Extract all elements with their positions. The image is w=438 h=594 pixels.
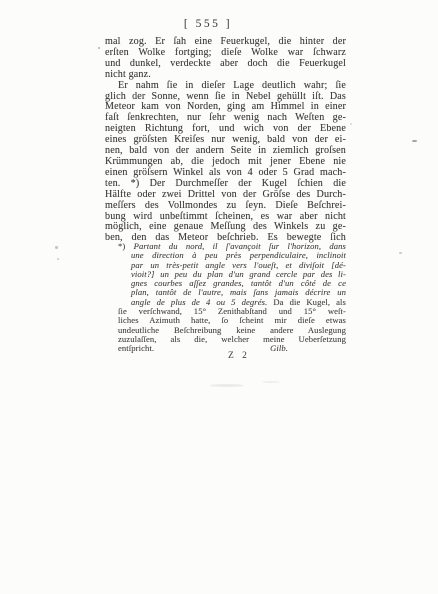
footnote: *) Partant du nord, il ſ'avançoit ſur l'… xyxy=(118,242,346,354)
scan-speck xyxy=(98,47,100,49)
scan-speck xyxy=(57,258,59,260)
text-line: Hälfte oder zwei Drittel von der Gröſse … xyxy=(105,190,346,201)
scanned-book-page: [ 555 ] mal zog. Er ſah eine Feuerkugel,… xyxy=(0,0,438,594)
scan-speck xyxy=(412,140,417,142)
footnote-text: entſpricht. xyxy=(118,344,154,353)
scan-speck xyxy=(399,252,402,254)
signature: Gilb. xyxy=(270,344,288,353)
page-number: [ 555 ] xyxy=(88,18,328,30)
body-text: mal zog. Er ſah eine Feuerkugel, die hin… xyxy=(105,37,346,244)
scan-speck xyxy=(210,384,244,387)
scan-speck xyxy=(350,123,352,125)
catchword: Z 2 xyxy=(228,351,250,361)
scan-speck xyxy=(262,381,280,383)
text-line: nicht ganz. xyxy=(105,70,346,81)
text-line: meſſers des Vollmondes zu ſeyn. Dieſe Be… xyxy=(105,201,346,212)
text-line: Er nahm ſie in dieſer Lage deutlich wahr… xyxy=(105,81,346,92)
scan-speck xyxy=(55,246,58,249)
